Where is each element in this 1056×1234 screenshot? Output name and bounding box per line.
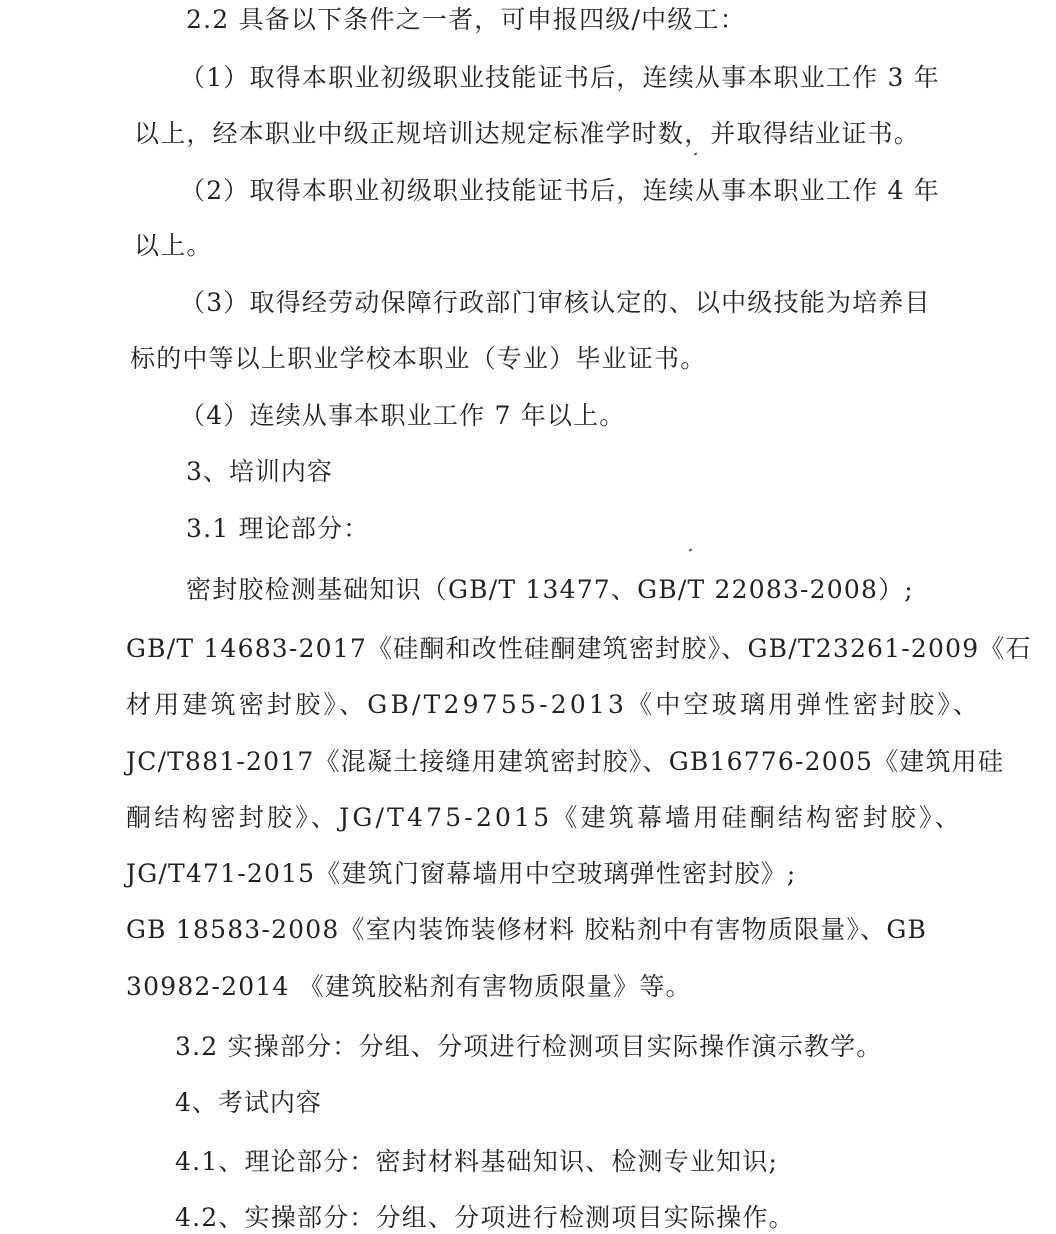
scan-speck xyxy=(694,152,698,155)
section-3-1-intro: 密封胶检测基础知识（GB/T 13477、GB/T 22083-2008）; xyxy=(186,573,914,607)
item-3-line-2: 标的中等以上职业学校本职业（专业）毕业证书。 xyxy=(130,342,706,376)
standards-line-1: GB/T 14683-2017《硅酮和改性硅酮建筑密封胶》、GB/T23261-… xyxy=(126,632,1032,666)
item-1-line-2: 以上，经本职业中级正规培训达规定标准学时数，并取得结业证书。 xyxy=(134,117,920,151)
section-2-2-title: 2.2 具备以下条件之一者，可申报四级/中级工： xyxy=(186,3,746,37)
standards-line-6: GB 18583-2008《室内装饰装修材料 胶粘剂中有害物质限量》、GB xyxy=(126,913,927,947)
section-4-2: 4.2、实操部分：分组、分项进行检测项目实际操作。 xyxy=(175,1201,795,1234)
standards-line-4: 酮结构密封胶》、JG/T475-2015《建筑幕墙用硅酮结构密封胶》、 xyxy=(126,801,963,835)
section-3-2-title: 3.2 实操部分：分组、分项进行检测项目实际操作演示教学。 xyxy=(175,1030,883,1064)
item-3-line-1: （3）取得经劳动保障行政部门审核认定的、以中级技能为培养目 xyxy=(180,286,931,320)
standards-line-3: JC/T881-2017《混凝土接缝用建筑密封胶》、GB16776-2005《建… xyxy=(126,745,1004,779)
standards-line-5: JG/T471-2015《建筑门窗幕墙用中空玻璃弹性密封胶》; xyxy=(126,857,797,891)
item-1-line-1: （1）取得本职业初级职业技能证书后，连续从事本职业工作 3 年 xyxy=(180,61,940,95)
scan-speck xyxy=(689,548,693,551)
document-page: 2.2 具备以下条件之一者，可申报四级/中级工： （1）取得本职业初级职业技能证… xyxy=(0,0,1056,1234)
section-3-1-title: 3.1 理论部分： xyxy=(186,512,370,546)
section-3-heading: 3、培训内容 xyxy=(186,455,333,489)
item-2-line-2: 以上。 xyxy=(134,229,213,263)
item-4-line-1: （4）连续从事本职业工作 7 年以上。 xyxy=(180,399,626,433)
item-2-line-1: （2）取得本职业初级职业技能证书后，连续从事本职业工作 4 年 xyxy=(180,174,940,208)
standards-line-7: 30982-2014 《建筑胶粘剂有害物质限量》等。 xyxy=(126,970,692,1004)
section-4-1: 4.1、理论部分：密封材料基础知识、检测专业知识; xyxy=(175,1145,778,1179)
standards-line-2: 材用建筑密封胶》、GB/T29755-2013《中空玻璃用弹性密封胶》、 xyxy=(126,688,981,722)
section-4-heading: 4、考试内容 xyxy=(175,1086,322,1120)
